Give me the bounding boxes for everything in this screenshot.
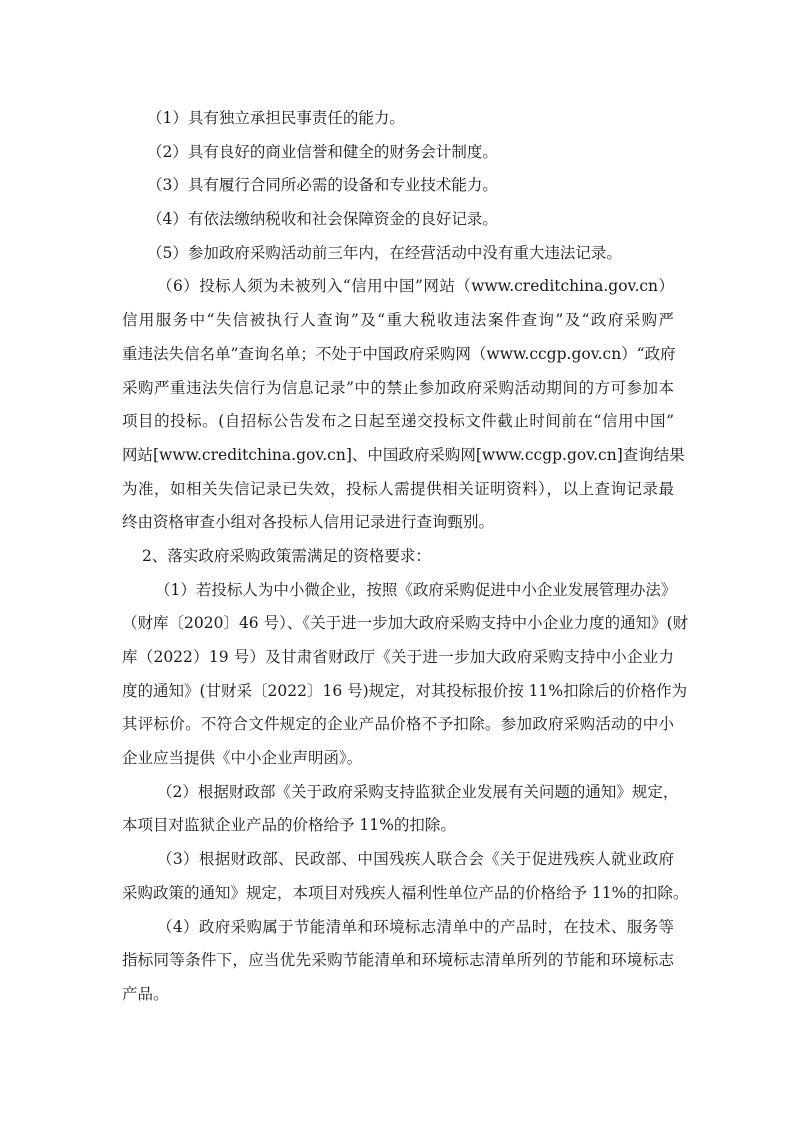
paragraph-line: 企业应当提供《中小企业声明函》。 <box>122 742 674 776</box>
basic-requirements-list: （1）具有独立承担民事责任的能力。 （2）具有良好的商业信誉和健全的财务会计制度… <box>122 102 674 270</box>
policy-item-2: （2）根据财政部《关于政府采购支持监狱企业发展有关问题的通知》规定， 本项目对监… <box>122 776 674 843</box>
requirement-item-5: （5）参加政府采购活动前三年内，在经营活动中没有重大违法记录。 <box>122 237 674 271</box>
paragraph-line: （1）若投标人为中小微企业，按照《政府采购促进中小企业发展管理办法》 <box>122 574 674 608</box>
paragraph-line: 采购严重违法失信行为信息记录”中的禁止参加政府采购活动期间的方可参加本 <box>122 372 674 406</box>
paragraph-line: （财库〔2020〕46 号）、《关于进一步加大政府采购支持中小企业力度的通知》(… <box>122 607 674 641</box>
paragraph-line: （3）根据财政部、民政部、中国残疾人联合会《关于促进残疾人就业政府 <box>122 843 674 877</box>
paragraph-line: 重违法失信名单”查询名单；不处于中国政府采购网（www.ccgp.gov.cn）… <box>122 338 674 372</box>
requirement-item-3: （3）具有履行合同所必需的设备和专业技术能力。 <box>122 169 674 203</box>
policy-item-4: （4）政府采购属于节能清单和环境标志清单中的产品时，在技术、服务等 指标同等条件… <box>122 911 674 1012</box>
policy-item-1: （1）若投标人为中小微企业，按照《政府采购促进中小企业发展管理办法》 （财库〔2… <box>122 574 674 776</box>
paragraph-line: 其评标价。不符合文件规定的企业产品价格不予扣除。参加政府采购活动的中小 <box>122 708 674 742</box>
paragraph-line: 本项目对监狱企业产品的价格给予 11%的扣除。 <box>122 809 674 843</box>
paragraph-line: 为准，如相关失信记录已失效，投标人需提供相关证明资料），以上查询记录最 <box>122 473 674 507</box>
paragraph-line: 网站[www.creditchina.gov.cn]、中国政府采购网[www.c… <box>122 439 674 473</box>
requirement-item-2: （2）具有良好的商业信誉和健全的财务会计制度。 <box>122 136 674 170</box>
requirement-item-1: （1）具有独立承担民事责任的能力。 <box>122 102 674 136</box>
paragraph-line: 度的通知》(甘财采〔2022〕16 号)规定，对其投标报价按 11%扣除后的价格… <box>122 675 674 709</box>
paragraph-line: （2）根据财政部《关于政府采购支持监狱企业发展有关问题的通知》规定， <box>122 776 674 810</box>
paragraph-line: 信用服务中“失信被执行人查询”及“重大税收违法案件查询”及“政府采购严 <box>122 304 674 338</box>
paragraph-line: 终由资格审查小组对各投标人信用记录进行查询甄别。 <box>122 506 674 540</box>
paragraph-line: 采购政策的通知》规定，本项目对残疾人福利性单位产品的价格给予 11%的扣除。 <box>122 877 674 911</box>
paragraph-line: 库（2022）19 号）及甘肃省财政厅《关于进一步加大政府采购支持中小企业力 <box>122 641 674 675</box>
requirement-item-6: （6）投标人须为未被列入“信用中国”网站（www.creditchina.gov… <box>122 270 674 540</box>
policy-item-3: （3）根据财政部、民政部、中国残疾人联合会《关于促进残疾人就业政府 采购政策的通… <box>122 843 674 910</box>
requirement-item-4: （4）有依法缴纳税收和社会保障资金的良好记录。 <box>122 203 674 237</box>
section-heading: 2、落实政府采购政策需满足的资格要求： <box>122 540 674 574</box>
paragraph-line: 项目的投标。(自招标公告发布之日起至递交投标文件截止时间前在“信用中国” <box>122 405 674 439</box>
paragraph-line: （4）政府采购属于节能清单和环境标志清单中的产品时，在技术、服务等 <box>122 911 674 945</box>
paragraph-line: 指标同等条件下，应当优先采购节能清单和环境标志清单所列的节能和环境标志 <box>122 944 674 978</box>
document-body: （1）具有独立承担民事责任的能力。 （2）具有良好的商业信誉和健全的财务会计制度… <box>122 102 674 1012</box>
paragraph-line: 产品。 <box>122 978 674 1012</box>
document-page: （1）具有独立承担民事责任的能力。 （2）具有良好的商业信誉和健全的财务会计制度… <box>0 0 793 1122</box>
paragraph-line: （6）投标人须为未被列入“信用中国”网站（www.creditchina.gov… <box>122 270 674 304</box>
